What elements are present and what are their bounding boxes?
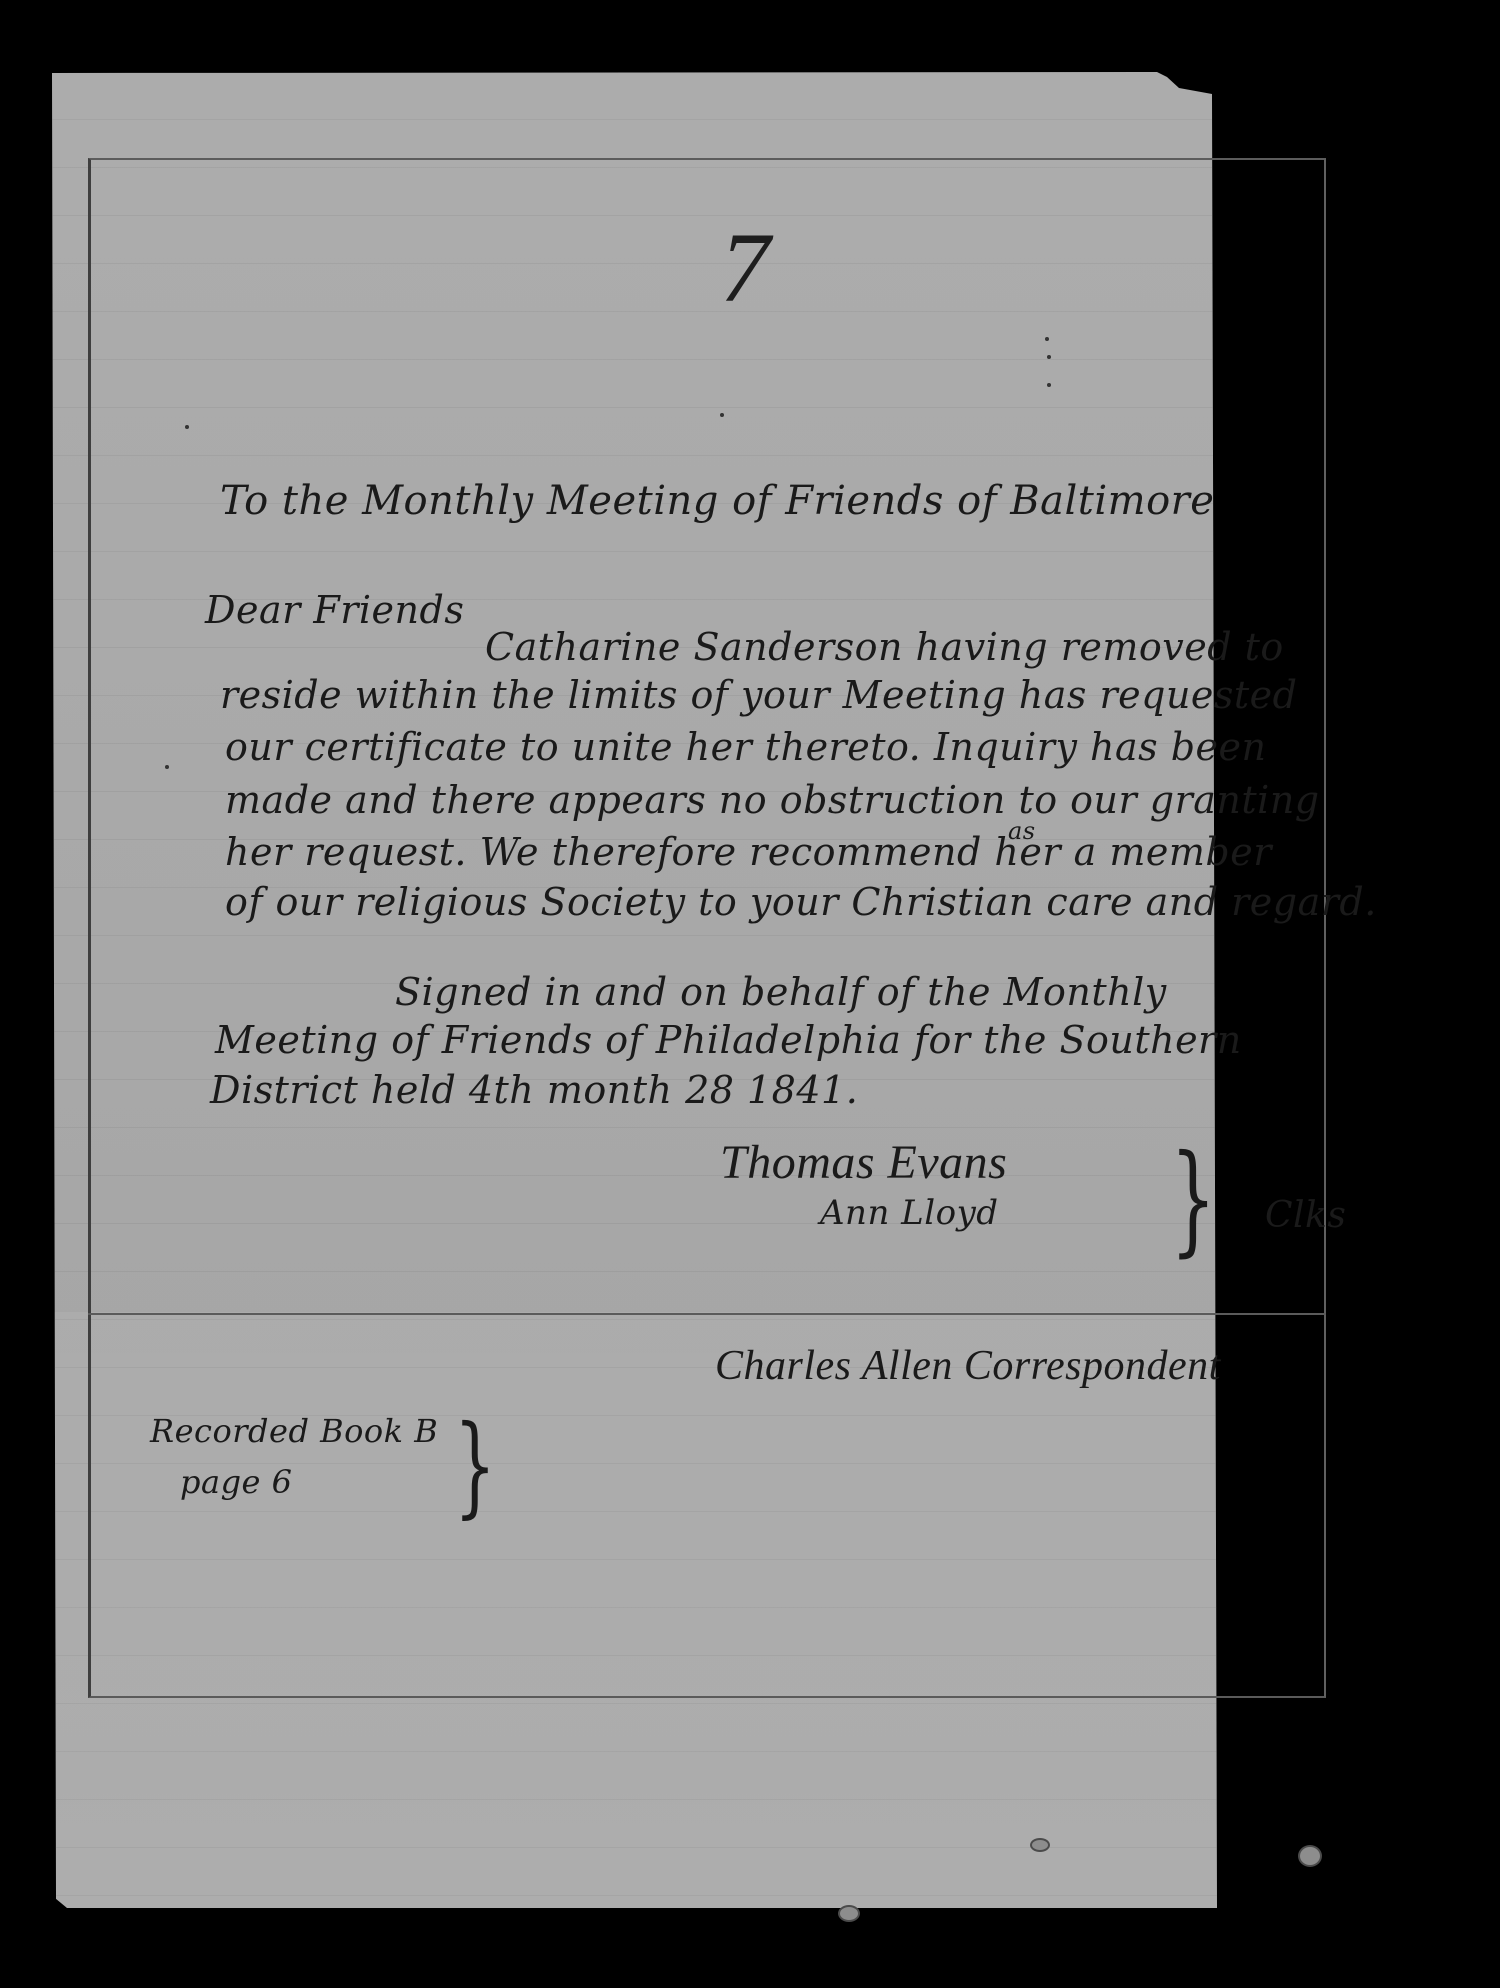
stain-spot — [838, 1905, 860, 1922]
page-number: 7 — [720, 210, 770, 325]
body-line: Catharine Sanderson having removed to — [485, 625, 1284, 669]
ink-speck — [1047, 383, 1051, 387]
ink-speck — [185, 425, 189, 429]
salutation: Dear Friends — [205, 588, 464, 632]
stain-spot — [1030, 1838, 1050, 1852]
signed-line: District held 4th month 28 1841. — [210, 1068, 858, 1112]
recorded-note-line1: Recorded Book B — [150, 1412, 438, 1450]
body-line: made and there appears no obstruction to… — [225, 778, 1320, 822]
ink-speck — [1045, 337, 1049, 341]
ink-speck — [720, 413, 724, 417]
recorded-note-line2: page 6 — [180, 1463, 293, 1501]
body-line: her request. We therefore recommend her … — [225, 830, 1272, 874]
fold-line — [88, 1313, 1326, 1315]
signed-line: Signed in and on behalf of the Monthly — [395, 970, 1167, 1014]
ink-speck — [1047, 355, 1051, 359]
body-line: of our religious Society to your Christi… — [225, 880, 1377, 924]
brace-glyph: } — [454, 1410, 496, 1520]
signature-correspondent: Charles Allen Correspondent — [715, 1342, 1221, 1390]
inserted-word: as — [1008, 817, 1036, 845]
body-line: our certificate to unite her thereto. In… — [225, 725, 1266, 769]
body-line: reside within the limits of your Meeting… — [220, 673, 1298, 717]
brace-glyph: } — [1170, 1140, 1216, 1260]
signature-thomas-evans: Thomas Evans — [720, 1135, 1007, 1190]
addressee-line: To the Monthly Meeting of Friends of Bal… — [220, 478, 1214, 524]
signed-line: Meeting of Friends of Philadelphia for t… — [215, 1018, 1242, 1062]
stain-spot — [1298, 1845, 1322, 1867]
signature-ann-lloyd: Ann Lloyd — [820, 1193, 999, 1233]
clerks-title: Clks — [1265, 1195, 1346, 1236]
ink-speck — [165, 765, 169, 769]
